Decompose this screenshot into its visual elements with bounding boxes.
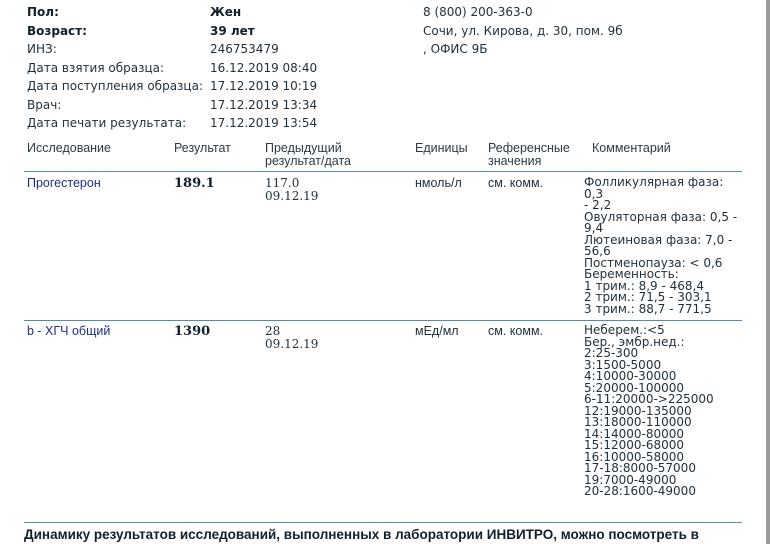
test-comment: Неберем.:<5Бер., эмбр.нед.:2:25-3003:150… bbox=[584, 325, 744, 498]
info-label: Пол: bbox=[27, 3, 59, 21]
row-divider bbox=[24, 522, 742, 523]
info-value: Жен bbox=[210, 3, 241, 21]
comment-line: 3 трим.: 88,7 - 771,5 bbox=[584, 304, 744, 316]
lab-contact: 8 (800) 200-363-0 Сочи, ул. Кирова, д. 3… bbox=[423, 3, 623, 59]
header-units: Единицы bbox=[415, 142, 468, 155]
info-label: Дата печати результата: bbox=[27, 114, 186, 132]
row-divider bbox=[24, 320, 742, 321]
table-header: Исследование Результат Предыдущий резуль… bbox=[0, 142, 770, 170]
previous-result: 117.0 09.12.19 bbox=[265, 177, 318, 203]
header-previous-line2: результат/дата bbox=[265, 155, 351, 168]
lab-office: , ОФИС 9Б bbox=[423, 40, 623, 59]
comment-line: Фолликулярная фаза: 0,3 bbox=[584, 177, 744, 200]
header-divider bbox=[24, 171, 742, 172]
header-reference-line2: значения bbox=[488, 155, 570, 168]
header-reference: Референсные значения bbox=[488, 142, 570, 168]
previous-result: 28 09.12.19 bbox=[265, 325, 318, 351]
test-name[interactable]: Прогестерон bbox=[27, 177, 101, 190]
previous-date: 09.12.19 bbox=[265, 338, 318, 351]
test-reference: см. комм. bbox=[488, 177, 543, 190]
lab-phone: 8 (800) 200-363-0 bbox=[423, 3, 623, 22]
test-units: нмоль/л bbox=[415, 177, 462, 190]
info-label: Врач: bbox=[27, 96, 61, 114]
info-value: 17.12.2019 13:54 bbox=[210, 114, 317, 132]
header-previous: Предыдущий результат/дата bbox=[265, 142, 351, 168]
test-comment: Фолликулярная фаза: 0,3- 2,2Овуляторная … bbox=[584, 177, 744, 315]
lab-address: Сочи, ул. Кирова, д. 30, пом. 9б bbox=[423, 22, 623, 41]
previous-date: 09.12.19 bbox=[265, 190, 318, 203]
test-units: мЕд/мл bbox=[415, 325, 459, 338]
test-result: 1390 bbox=[174, 325, 210, 338]
header-test: Исследование bbox=[27, 142, 111, 155]
info-value: 17.12.2019 10:19 bbox=[210, 77, 317, 95]
info-label: Дата поступления образца: bbox=[27, 77, 203, 95]
comment-line: 20-28:1600-49000 bbox=[584, 486, 744, 498]
comment-line: Овуляторная фаза: 0,5 - bbox=[584, 212, 744, 224]
info-value: 246753479 bbox=[210, 40, 279, 58]
header-result: Результат bbox=[174, 142, 231, 155]
info-label: Возраст: bbox=[27, 22, 87, 40]
info-value: 39 лет bbox=[210, 22, 255, 40]
test-reference: см. комм. bbox=[488, 325, 543, 338]
test-name[interactable]: b - ХГЧ общий bbox=[27, 325, 110, 338]
info-label: ИНЗ: bbox=[27, 40, 57, 58]
info-value: 17.12.2019 13:34 bbox=[210, 96, 317, 114]
window-border bbox=[766, 0, 770, 544]
test-result: 189.1 bbox=[174, 177, 215, 190]
info-label: Дата взятия образца: bbox=[27, 59, 164, 77]
footer-note: Динамику результатов исследований, выпол… bbox=[24, 527, 699, 542]
info-value: 16.12.2019 08:40 bbox=[210, 59, 317, 77]
header-comment: Комментарий bbox=[592, 142, 671, 155]
